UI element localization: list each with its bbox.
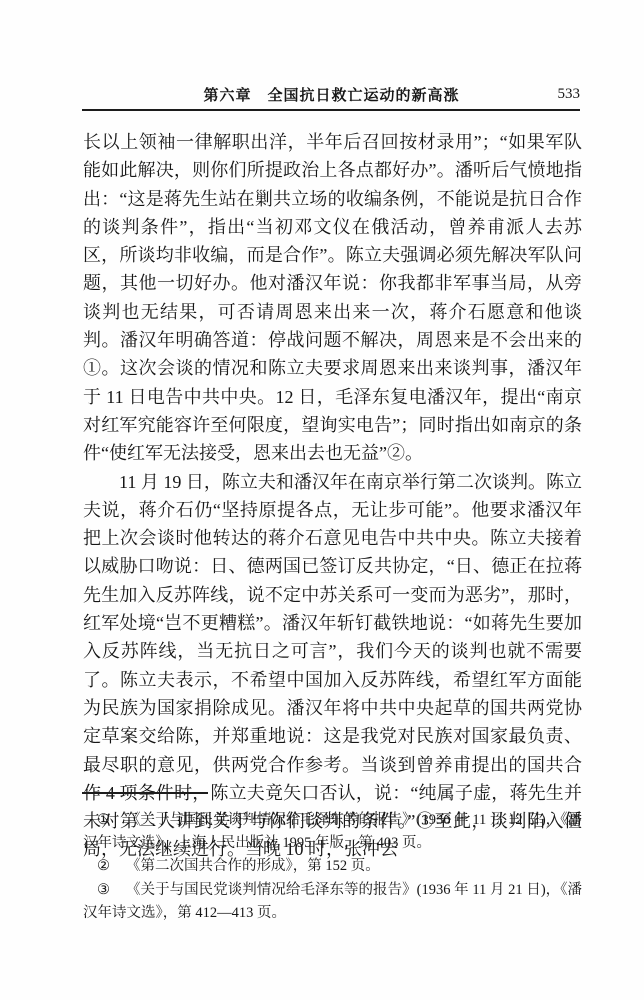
header-rule — [82, 109, 580, 111]
footnote-1-marker: ① — [97, 812, 110, 828]
footnote-2-marker: ② — [97, 858, 110, 874]
footnote-2: ②《第二次国共合作的形成》，第 152 页。 — [83, 855, 582, 878]
footnote-2-text: 《第二次国共合作的形成》，第 152 页。 — [126, 858, 380, 874]
footnote-3-text: 《关于与国民党谈判情况给毛泽东等的报告》(1936 年 11 月 21 日)，《… — [83, 882, 582, 921]
running-header: 第六章 全国抗日救亡运动的新高涨 533 — [83, 84, 580, 106]
footnote-1: ①《关于与国民党谈判情况给毛泽东等的报告》(1936 年 11 月 12 日)，… — [83, 809, 582, 855]
footnote-3-marker: ③ — [97, 882, 110, 898]
page-number: 533 — [558, 86, 581, 103]
paragraph-continuation: 长以上领袖一律解职出洋，半年后召回按材录用”；“如果军队能如此解决，则你们所提政… — [83, 128, 582, 468]
chapter-title: 第六章 全国抗日救亡运动的新高涨 — [83, 84, 580, 105]
footnote-separator — [82, 792, 208, 794]
footnote-3: ③《关于与国民党谈判情况给毛泽东等的报告》(1936 年 11 月 21 日)，… — [83, 879, 582, 925]
book-page: 第六章 全国抗日救亡运动的新高涨 533 长以上领袖一律解职出洋，半年后召回按材… — [0, 0, 644, 1000]
paragraph-second-negotiation: 11 月 19 日，陈立夫和潘汉年在南京举行第二次谈判。陈立夫说，蒋介石仍“坚持… — [83, 468, 582, 864]
body-text: 长以上领袖一律解职出洋，半年后召回按材录用”；“如果军队能如此解决，则你们所提政… — [83, 128, 582, 864]
footnotes-section: ①《关于与国民党谈判情况给毛泽东等的报告》(1936 年 11 月 12 日)，… — [83, 809, 582, 925]
footnote-1-text: 《关于与国民党谈判情况给毛泽东等的报告》(1936 年 11 月 12 日)，《… — [83, 812, 582, 851]
